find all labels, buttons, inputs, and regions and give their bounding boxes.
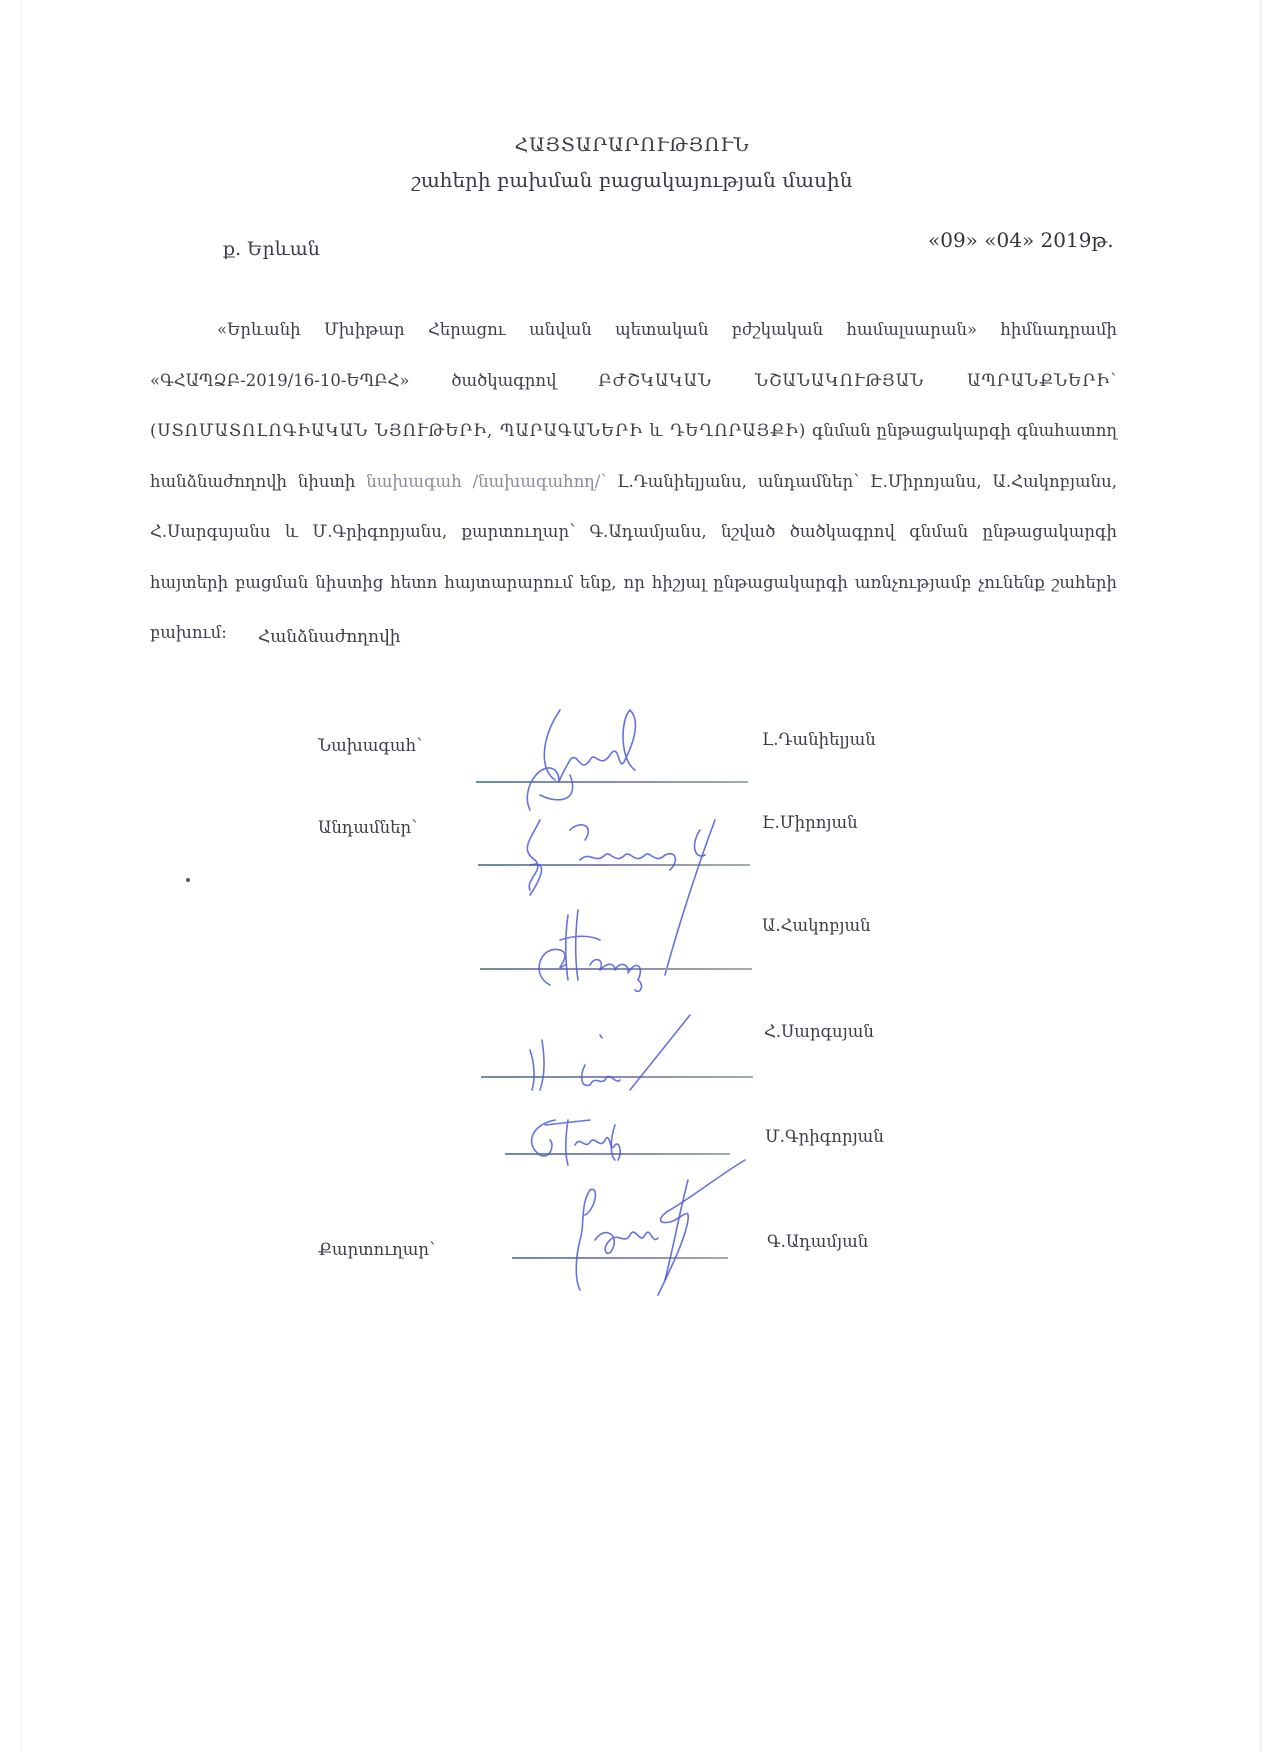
signatory-name: Գ.Ադամյան xyxy=(767,1232,868,1251)
scanned-document-page: ՀԱՅՏԱՐԱՐՈՒԹՅՈՒՆ շահերի բախման բացակայութ… xyxy=(0,0,1264,1752)
declaration-body: «Երևանի Մխիթար Հերացու անվան պետական բժշ… xyxy=(150,305,1117,659)
committee-label: Հանձնաժողովի xyxy=(258,627,401,647)
signatory-role: Քարտուղար՝ xyxy=(318,1240,435,1259)
document-city: ք. Երևան xyxy=(223,238,320,260)
handwritten-signature-icon xyxy=(510,1010,730,1100)
signatory-name: Է.Միրոյան xyxy=(762,813,858,832)
body-part-2: ծածկագրով xyxy=(409,371,598,390)
scan-edge-left xyxy=(20,0,23,1752)
signatory-name: Հ.Սարգսյան xyxy=(764,1022,874,1041)
signatory-name: Մ.Գրիգորյան xyxy=(765,1127,884,1146)
signatory-role: Նախագահ՝ xyxy=(318,736,422,755)
signatory-role: Անդամներ՝ xyxy=(318,818,417,837)
handwritten-signature-icon xyxy=(520,905,720,995)
body-part-1: «Երևանի Մխիթար Հերացու անվան պետական բժշ… xyxy=(217,320,1117,339)
signatory-name: Լ.Դանիելյան xyxy=(762,730,876,749)
procurement-code: «ԳՀԱՊՁԲ-2019/16-10-ԵՊԲՀ» xyxy=(150,371,409,390)
document-subtitle: շահերի բախման բացակայության մասին xyxy=(0,168,1264,192)
declaration-paragraph: «Երևանի Մխիթար Հերացու անվան պետական բժշ… xyxy=(150,305,1117,659)
document-title: ՀԱՅՏԱՐԱՐՈՒԹՅՈՒՆ xyxy=(0,134,1264,156)
scan-edge-right xyxy=(1259,0,1262,1752)
signatory-name: Ա.Հակոբյան xyxy=(762,916,871,935)
body-part-4: Լ.Դանիելյանս, անդամներ՝ Է.Միրոյանս, Ա.Հա… xyxy=(150,472,1117,643)
scan-speck xyxy=(186,878,190,882)
document-date: «09» «04» 2019թ. xyxy=(928,228,1114,252)
handwritten-signature-icon xyxy=(540,1150,760,1300)
chair-word: նախագահ /նախագահող/՝ xyxy=(366,472,606,491)
